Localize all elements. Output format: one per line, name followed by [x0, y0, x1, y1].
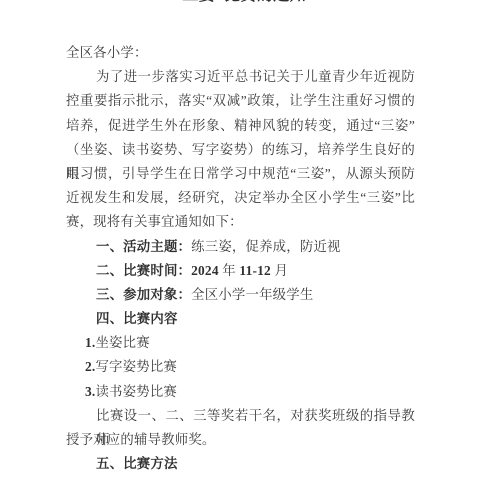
doc-text-bold: 五、比赛方法	[96, 456, 178, 471]
doc-text: 读书姿势比赛	[95, 384, 177, 399]
doc-text-bold: 一、活动主题：	[96, 239, 191, 254]
doc-text-bold: 11-12	[239, 263, 271, 278]
doc-line: 一、活动主题：练三姿，促养成，防近视	[66, 235, 415, 259]
doc-text: 练三姿，促养成，防近视	[191, 239, 341, 254]
doc-text-bold: 四、比赛内容	[96, 311, 178, 326]
doc-line: 五、比赛方法	[66, 452, 415, 476]
doc-text-bold: 2.	[85, 359, 95, 374]
doc-text: 控重要指示批示，落实“双减”政策，让学生注重好习惯的	[66, 93, 415, 108]
doc-line: 四、比赛内容	[66, 307, 415, 331]
doc-line: 赛，现将有关事宜通知如下：	[66, 210, 415, 234]
doc-line: 三、参加对象：全区小学一年级学生	[66, 283, 415, 307]
doc-line: 授予对应的辅导教师奖。	[66, 428, 415, 452]
doc-text: 全区小学一年级学生	[191, 287, 313, 302]
doc-text: 写字姿势比赛	[95, 359, 177, 374]
doc-text-bold: 3.	[85, 384, 95, 399]
doc-title-clipped: “三姿”比赛的通知	[0, 0, 480, 6]
doc-line: 培养，促进学生外在形象、精神风貌的转变，通过“三姿”	[66, 114, 415, 138]
doc-text: 为了进一步落实习近平总书记关于儿童青少年近视防	[96, 69, 415, 84]
doc-text: 近视发生和发展，经研究，决定举办全区小学生“三姿”比	[66, 190, 415, 205]
doc-text-bold: 三、参加对象：	[96, 287, 191, 302]
doc-text: 培养，促进学生外在形象、精神风貌的转变，通过“三姿”	[66, 118, 415, 133]
doc-text: 全区各小学：	[66, 45, 148, 60]
doc-text: 坐姿比赛	[95, 335, 149, 350]
notice-document-page: “三姿”比赛的通知 全区各小学：为了进一步落实习近平总书记关于儿童青少年近视防控…	[0, 0, 480, 480]
doc-text: 眼习惯，引导学生在日常学习中规范“三姿”，从源头预防	[66, 166, 415, 181]
doc-line: 控重要指示批示，落实“双减”政策，让学生注重好习惯的	[66, 89, 415, 113]
doc-text-bold: 1.	[85, 335, 95, 350]
doc-body: 全区各小学：为了进一步落实习近平总书记关于儿童青少年近视防控重要指示批示，落实“…	[66, 41, 415, 476]
doc-line: 1.坐姿比赛	[66, 331, 415, 355]
doc-line: 二、比赛时间：2024 年 11-12 月	[66, 259, 415, 283]
doc-line: 全区各小学：	[66, 41, 415, 65]
doc-line: 2.写字姿势比赛	[66, 355, 415, 379]
doc-text: 月	[271, 263, 288, 278]
doc-line: 为了进一步落实习近平总书记关于儿童青少年近视防	[66, 65, 415, 89]
doc-text: 授予对应的辅导教师奖。	[66, 432, 216, 447]
doc-line: 眼习惯，引导学生在日常学习中规范“三姿”，从源头预防	[66, 162, 415, 186]
doc-text-bold: 二、比赛时间：	[96, 263, 191, 278]
doc-text-bold: 2024	[191, 263, 219, 278]
doc-line: 比赛设一、二、三等奖若干名，对获奖班级的指导教师	[66, 404, 415, 428]
doc-text: 年	[219, 263, 240, 278]
doc-line: 近视发生和发展，经研究，决定举办全区小学生“三姿”比	[66, 186, 415, 210]
doc-line: （坐姿、读书姿势、写字姿势）的练习，培养学生良好的用	[66, 138, 415, 162]
doc-line: 3.读书姿势比赛	[66, 380, 415, 404]
doc-text: 赛，现将有关事宜通知如下：	[66, 214, 243, 229]
